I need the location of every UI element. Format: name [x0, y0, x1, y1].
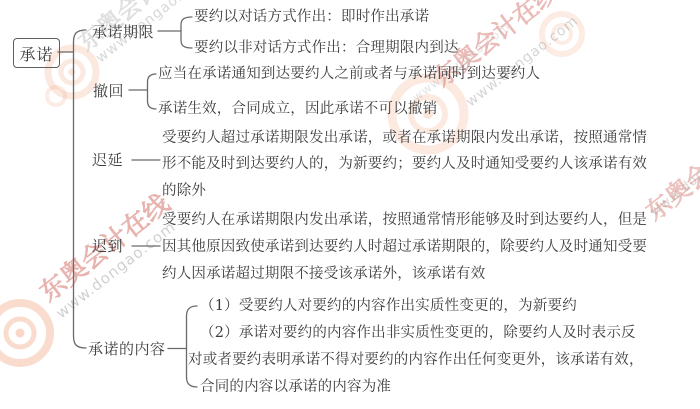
leaf-text-line: 要约以非对话方式作出：合理期限内到达 — [194, 40, 459, 56]
leaf-text-line: 受要约人超过承诺期限发出承诺，或者在承诺期限内发出承诺，按照通常情 — [162, 130, 647, 146]
leaf-text-line: （2）承诺对要约的内容作出非实质性变更的，除要约人及时表示反 — [200, 325, 636, 341]
root-node-box: 承诺 — [13, 38, 60, 68]
leaf-text-line: 应当在承诺通知到达要约人之前或者与承诺同时到达要约人 — [158, 66, 540, 82]
branch-label-acceptance-period: 承诺期限 — [92, 24, 154, 40]
leaf-text-line: 的除外 — [162, 183, 206, 199]
leaf-text-line: 约人因承诺超过期限不接受该承诺外，该承诺有效 — [162, 266, 485, 282]
leaf-text-line: 形不能及时到达要约人的，为新要约；要约人及时通知受要约人该承诺有效 — [162, 156, 647, 172]
branch-label-acceptance-content: 承诺的内容 — [88, 341, 166, 357]
root-node-label: 承诺 — [19, 42, 53, 65]
branch-label-delay: 迟延 — [92, 152, 123, 168]
leaf-text-line: 因其他原因致使承诺到达要约人时超过承诺期限的，除要约人及时通知受要 — [162, 239, 647, 255]
leaf-text-line: 承诺生效，合同成立，因此承诺不可以撤销 — [158, 101, 437, 117]
branch-label-withdrawal: 撤回 — [93, 83, 124, 99]
leaf-text-line: 要约以对话方式作出：即时作出承诺 — [194, 9, 429, 25]
leaf-text-line: 受要约人在承诺期限内发出承诺，按照通常情形能够及时到达要约人，但是 — [162, 212, 647, 228]
tree-nodes: 承诺 承诺期限 撤回 迟延 迟到 承诺的内容 要约以对话方式作出：即时作出承诺 … — [0, 0, 700, 409]
mindmap-canvas: 东奥会计在线 www.dongao.com 东奥会计在线 www.dongao.… — [0, 0, 700, 409]
branch-label-late-arrival: 迟到 — [92, 238, 123, 254]
leaf-text-line: 合同的内容以承诺的内容为准 — [200, 379, 391, 395]
leaf-text-line: 对或者要约表明承诺不得对要约的内容作出任何变更外，该承诺有效， — [188, 352, 644, 368]
leaf-text-line: （1）受要约人对要约的内容作出实质性变更的，为新要约 — [200, 298, 577, 314]
